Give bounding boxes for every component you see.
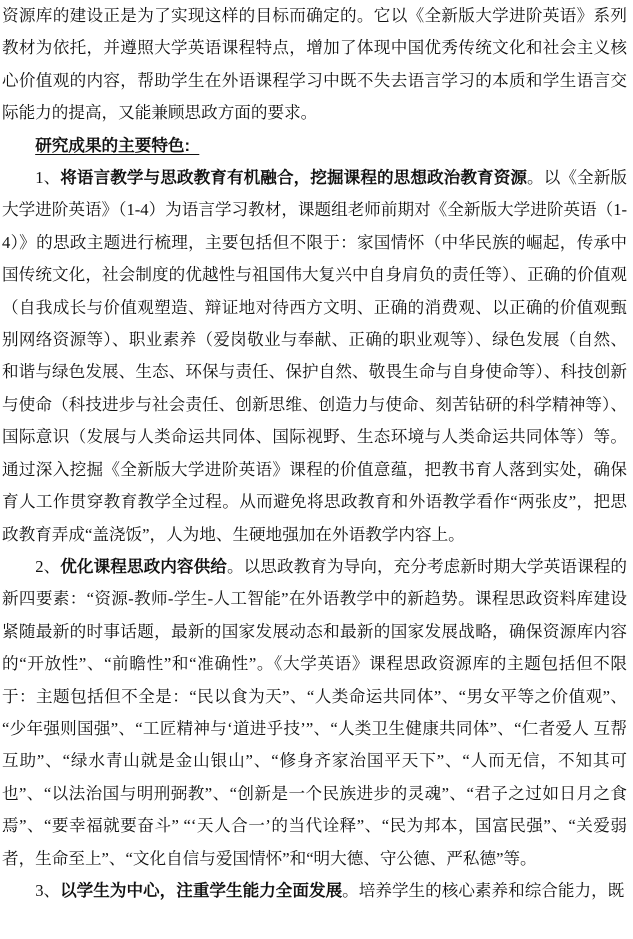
- section-heading-text: 研究成果的主要特色:: [35, 136, 199, 155]
- text-run: 。培养学生的核心素养和综合能力，既: [342, 881, 624, 900]
- text-run: 。以《全新版大学进阶英语》（1-4）为语言学习教材，课题组老师前期对《全新版大学…: [2, 168, 627, 543]
- list-number: 2、: [35, 557, 60, 576]
- paragraph-point-3: 3、以学生为中心，注重学生能力全面发展。培养学生的核心素养和综合能力，既: [2, 875, 627, 907]
- point-2-title: 优化课程思政内容供给: [60, 557, 227, 576]
- list-number: 1、: [35, 168, 60, 187]
- point-1-title: 将语言教学与思政教育有机融合，挖掘课程的思想政治教育资源: [60, 168, 527, 187]
- paragraph-point-2: 2、优化课程思政内容供给。以思政教育为导向，充分考虑新时期大学英语课程的新四要素…: [2, 551, 627, 875]
- text-run: 。以思政教育为导向，充分考虑新时期大学英语课程的新四要素：“资源-教师-学生-人…: [2, 557, 627, 868]
- document-page: 资源库的建设正是为了实现这样的目标而确定的。它以《全新版大学进阶英语》系列教材为…: [0, 0, 633, 939]
- paragraph-intro: 资源库的建设正是为了实现这样的目标而确定的。它以《全新版大学进阶英语》系列教材为…: [2, 0, 627, 130]
- section-heading: 研究成果的主要特色:: [2, 130, 627, 162]
- text-run: 资源库的建设正是为了实现这样的目标而确定的。它以《全新版大学进阶英语》系列教材为…: [2, 6, 627, 122]
- paragraph-point-1: 1、将语言教学与思政教育有机融合，挖掘课程的思想政治教育资源。以《全新版大学进阶…: [2, 162, 627, 551]
- point-3-title: 以学生为中心，注重学生能力全面发展: [60, 881, 342, 900]
- list-number: 3、: [35, 881, 60, 900]
